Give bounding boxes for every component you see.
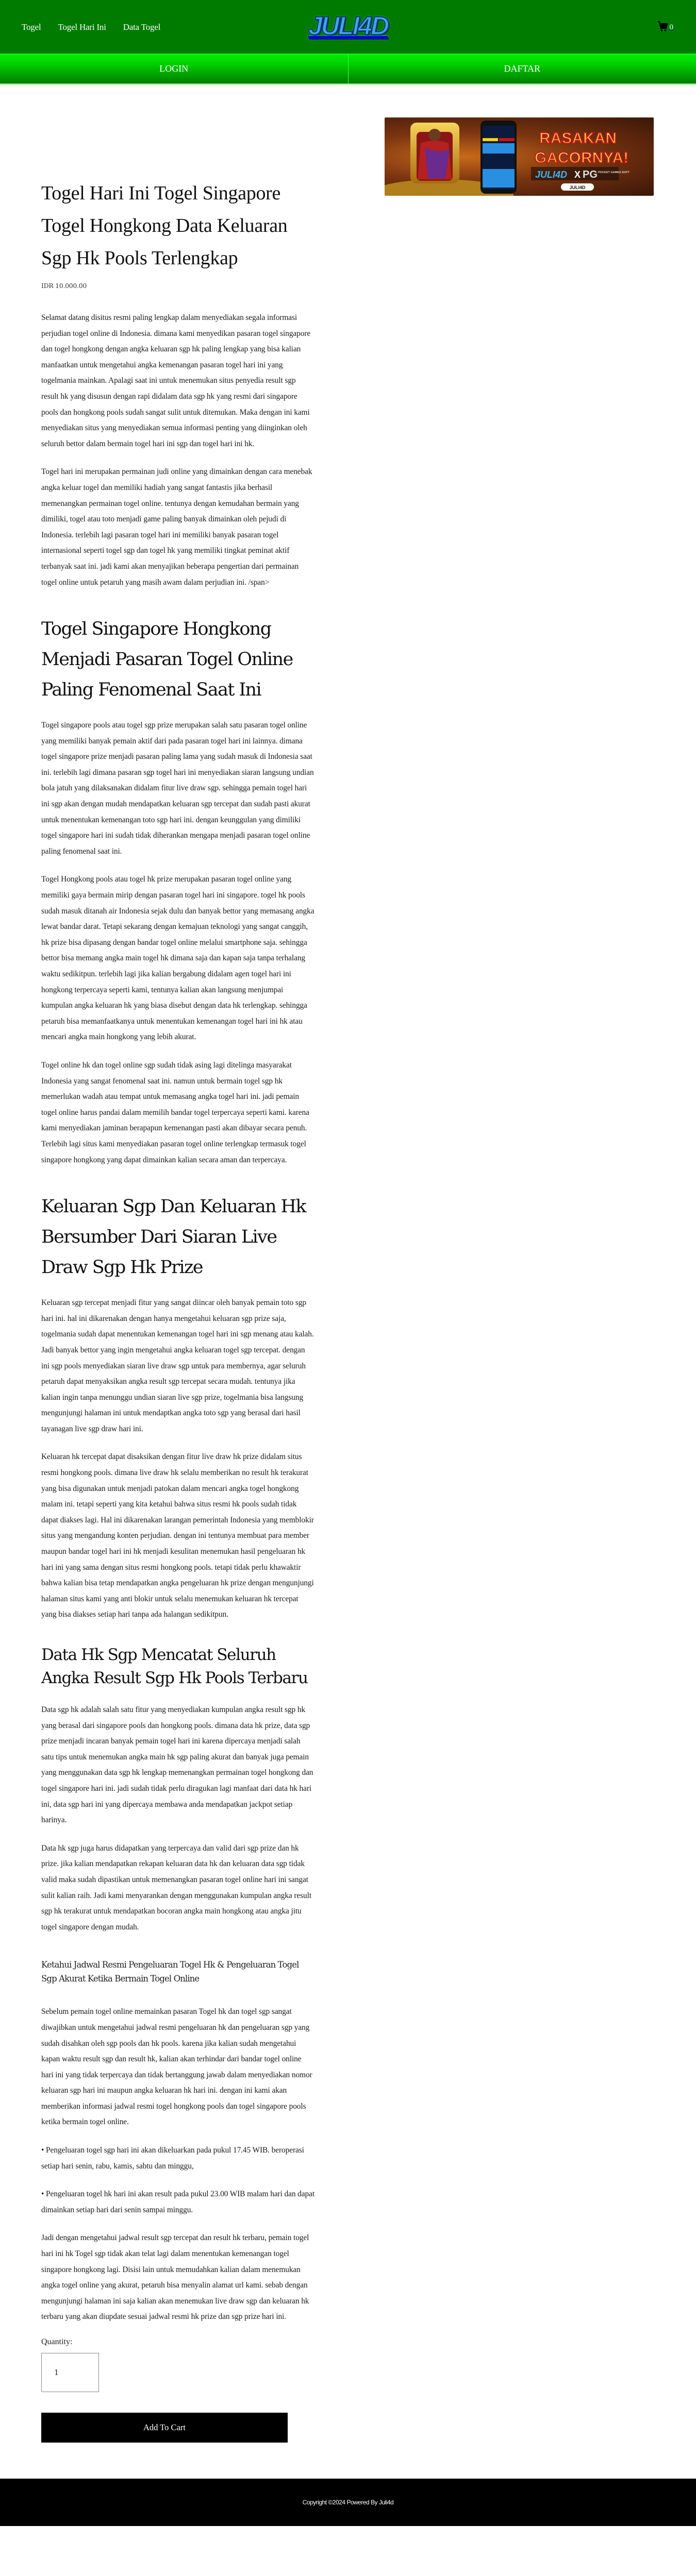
product-title: Togel Hari Ini Togel Singapore Togel Hon… <box>41 177 314 275</box>
nav-link-togel-hari-ini[interactable]: Togel Hari Ini <box>58 22 106 32</box>
cart-count: 0 <box>670 23 674 32</box>
section-paragraph: Togel online hk dan togel online sgp sud… <box>41 1058 314 1168</box>
intro-paragraph: Togel hari ini merupakan permainan judi … <box>41 464 314 590</box>
svg-text:X: X <box>574 170 581 180</box>
footer-copyright: Copyright ©2024 Powered By Juli4d <box>303 2499 393 2506</box>
site-header: Togel Togel Hari Ini Data Togel JULI4D 0 <box>0 0 696 54</box>
logo-text: JULI4D <box>308 13 388 39</box>
site-logo[interactable]: JULI4D <box>302 11 394 40</box>
product-main: RASAKAN GACORNYA! JULI4D X PG POCKET GAM… <box>0 84 696 2479</box>
schedule-heading: Ketahui Jadwal Resmi Pengeluaran Togel H… <box>41 1958 314 1986</box>
svg-text:JULI4D: JULI4D <box>569 185 586 190</box>
intro-paragraph: Selamat datang disitus resmi paling leng… <box>41 310 314 452</box>
section-paragraph: Keluaran hk tercepat dapat disaksikan de… <box>41 1449 314 1623</box>
promo-banner: RASAKAN GACORNYA! JULI4D X PG POCKET GAM… <box>385 117 654 196</box>
product-content: Togel Hari Ini Togel Singapore Togel Hon… <box>41 84 314 2443</box>
quantity-input[interactable] <box>41 2353 99 2392</box>
main-nav: Togel Togel Hari Ini Data Togel <box>22 22 160 32</box>
cart-link[interactable]: 0 <box>657 21 674 35</box>
nav-link-togel[interactable]: Togel <box>22 22 41 32</box>
section-heading: Data Hk Sgp Mencatat Seluruh Angka Resul… <box>41 1643 314 1690</box>
section-paragraph: Data sgp hk adalah salah satu fitur yang… <box>41 1702 314 1828</box>
svg-text:POCKET GAMES SOFT: POCKET GAMES SOFT <box>598 171 629 174</box>
login-button[interactable]: LOGIN <box>0 54 348 84</box>
schedule-closing: Jadi dengan mengetahui jadwal result sgp… <box>41 2230 314 2325</box>
add-to-cart-button[interactable]: Add To Cart <box>41 2413 288 2443</box>
daftar-button[interactable]: DAFTAR <box>348 54 696 84</box>
section-paragraph: Togel singapore pools atau togel sgp pri… <box>41 718 314 859</box>
svg-text:GACORNYA!: GACORNYA! <box>535 149 628 166</box>
schedule-item-hk: • Pengeluaran togel hk hari ini akan res… <box>41 2187 314 2218</box>
promo-banner-art: RASAKAN GACORNYA! JULI4D X PG POCKET GAM… <box>385 117 654 196</box>
quantity-label: Quantity: <box>41 2337 314 2347</box>
nav-link-data-togel[interactable]: Data Togel <box>123 22 161 32</box>
section-paragraph: Keluaran sgp tercepat menjadi fitur yang… <box>41 1295 314 1437</box>
section-paragraph: Data hk sgp juga harus didapatkan yang t… <box>41 1841 314 1936</box>
schedule-intro: Sebelum pemain togel online memainkan pa… <box>41 2004 314 2130</box>
svg-text:JULI4D: JULI4D <box>535 170 567 180</box>
section-heading: Togel Singapore Hongkong Menjadi Pasaran… <box>41 614 314 705</box>
auth-bar: LOGIN DAFTAR <box>0 54 696 84</box>
section-paragraph: Togel Hongkong pools atau togel hk prize… <box>41 872 314 1045</box>
site-footer: Copyright ©2024 Powered By Juli4d <box>0 2479 696 2526</box>
svg-text:RASAKAN: RASAKAN <box>539 130 617 147</box>
schedule-item-sgp: • Pengeluaran togel sgp hari ini akan di… <box>41 2143 314 2174</box>
svg-text:PG: PG <box>583 169 598 180</box>
section-heading: Keluaran Sgp Dan Keluaran Hk Bersumber D… <box>41 1192 314 1283</box>
product-price: IDR 10.000.00 <box>41 282 314 290</box>
cart-icon <box>657 21 668 35</box>
